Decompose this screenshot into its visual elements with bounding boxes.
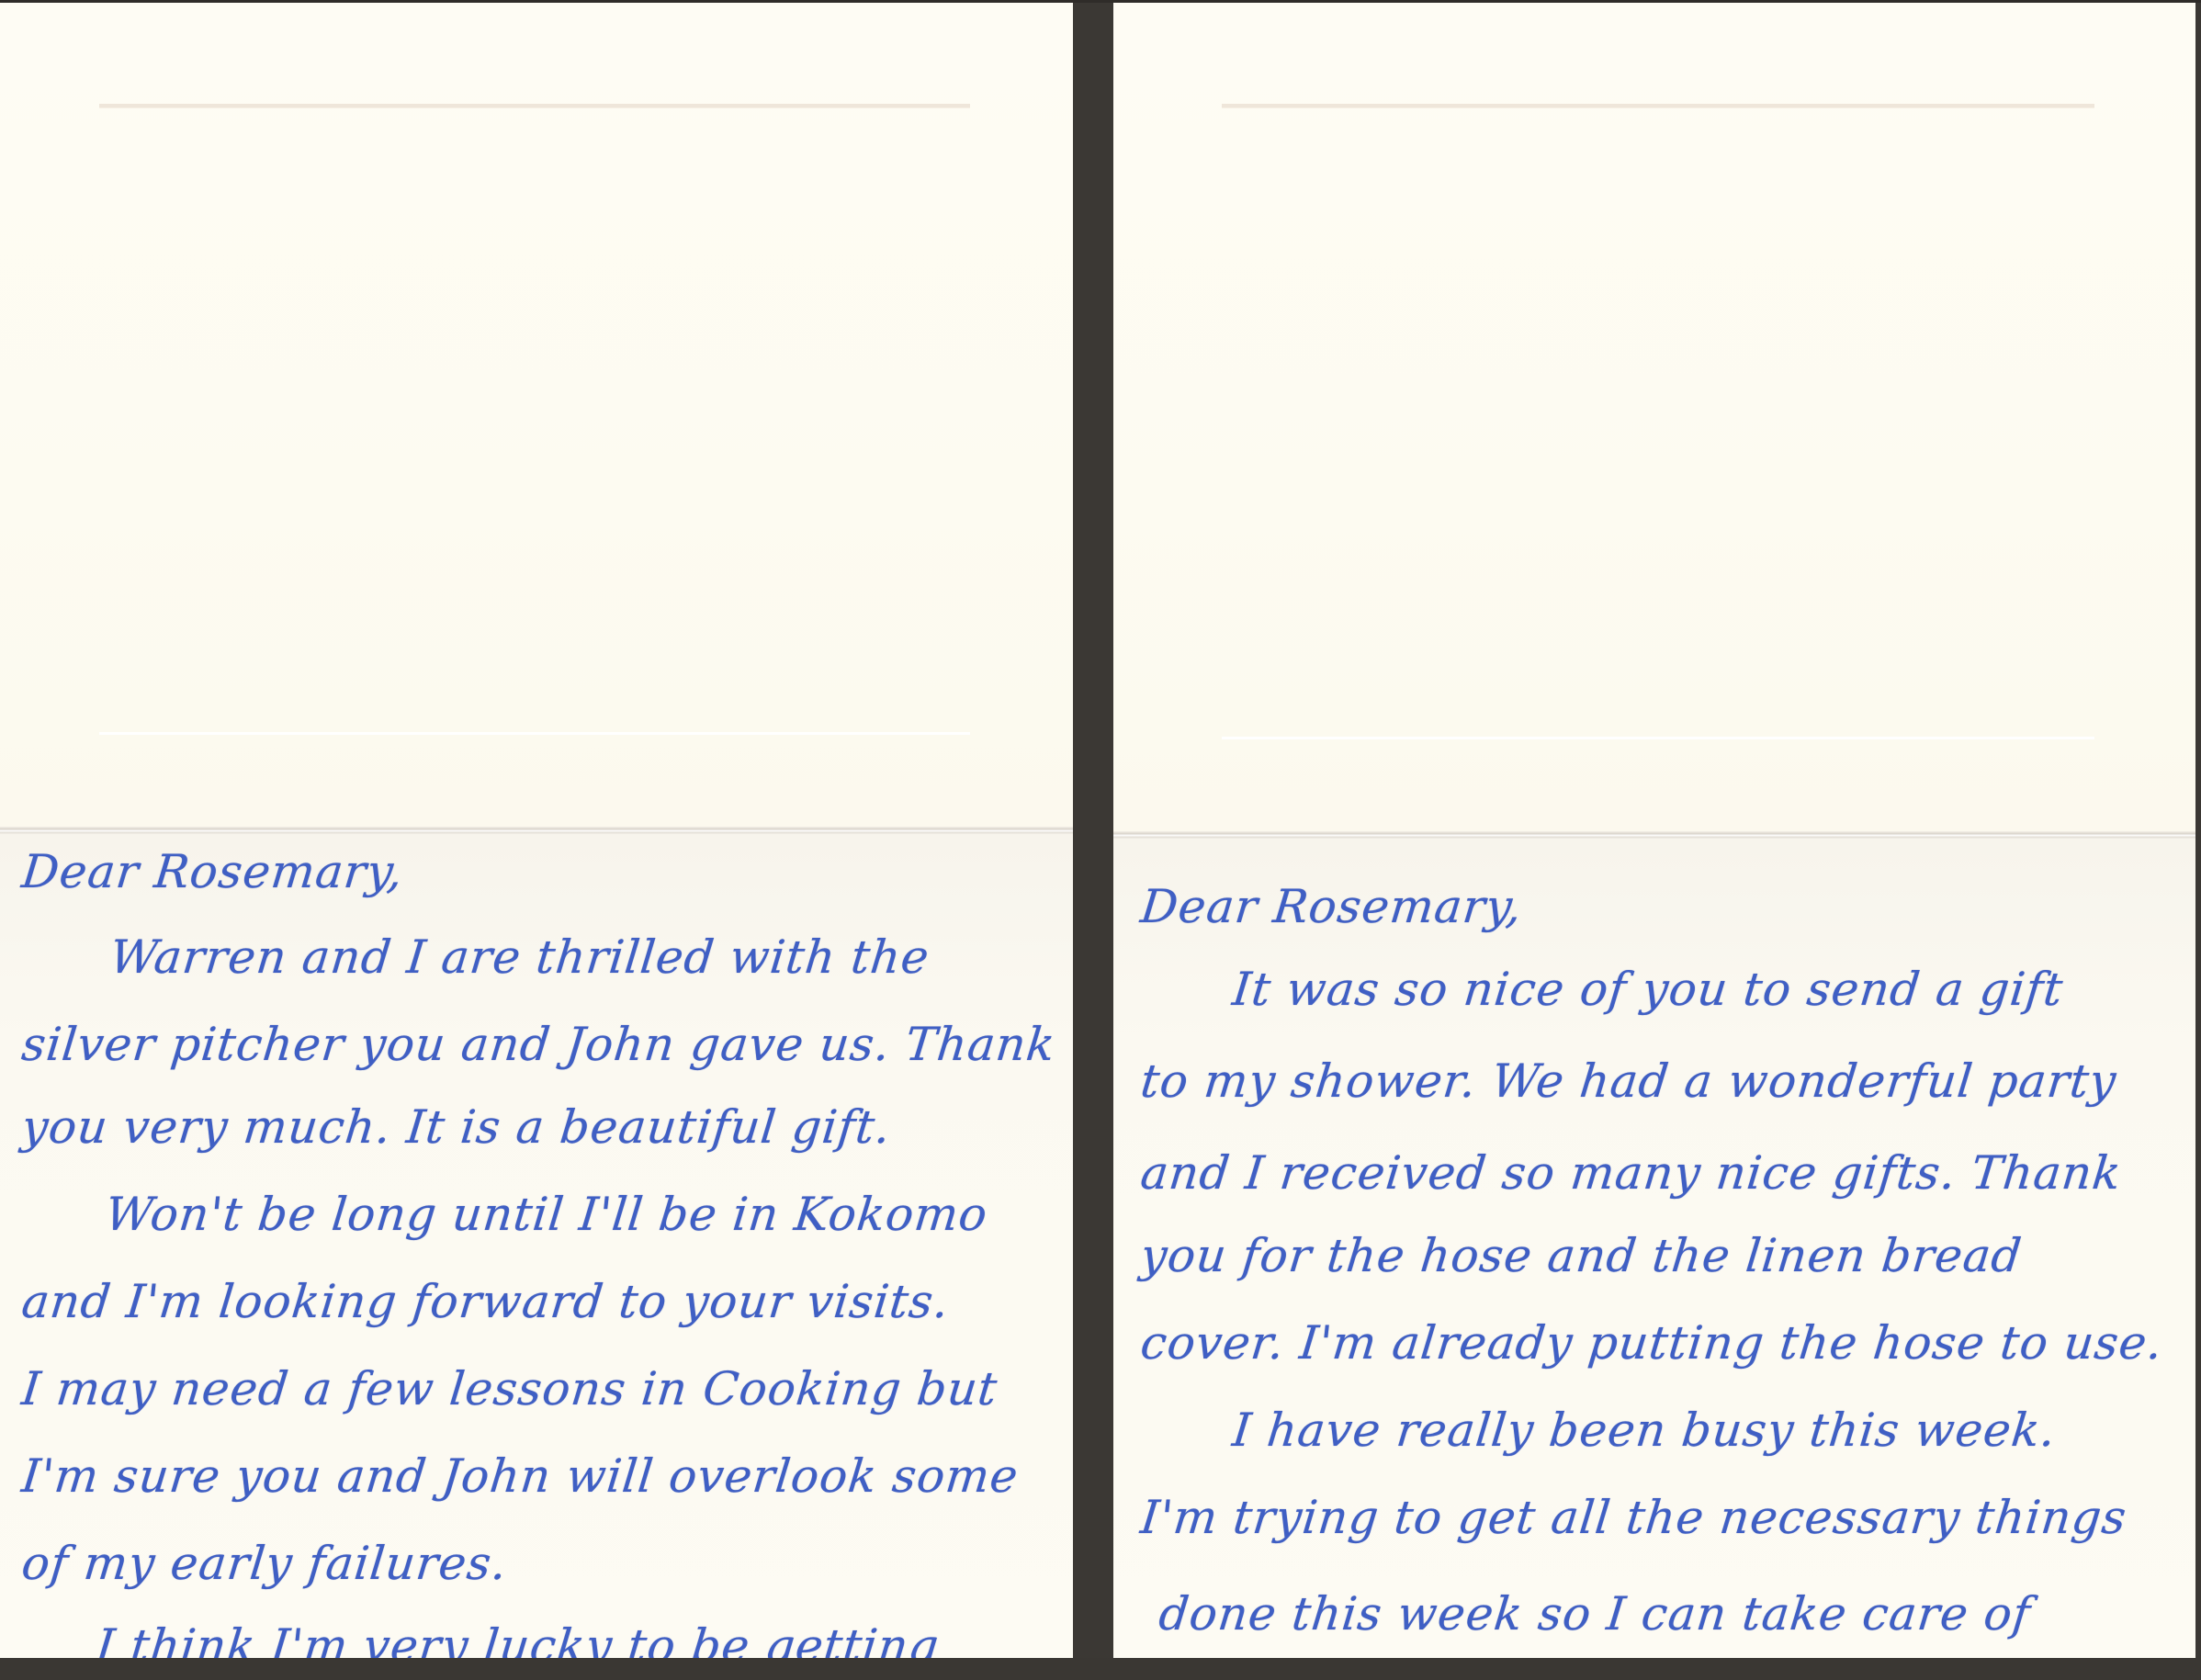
letter-line: Warren and I are thrilled with the (107, 930, 932, 984)
letter-line: I have really been busy this week. (1230, 1404, 2059, 1457)
card-inside-panel: Dear Rosemary, It was so nice of you to … (1113, 839, 2195, 1658)
thank-you-card-right: Dear Rosemary, It was so nice of you to … (1113, 3, 2195, 1658)
letter-line: Won't be long until I'll be in Kokomo (103, 1188, 990, 1241)
letter-line: and I received so many nice gifts. Thank (1138, 1146, 2124, 1200)
card-fold-line (1113, 831, 2195, 839)
embossed-frame (1222, 104, 2094, 739)
letter-salutation: Dear Rosemary, (19, 845, 406, 898)
letter-line: I may need a few lessons in Cooking but (19, 1362, 1000, 1415)
letter-line: you for the hose and the linen bread (1138, 1229, 2025, 1282)
letter-line: you very much. It is a beautiful gift. (19, 1100, 894, 1154)
handwritten-letter: Dear Rosemary, Warren and I are thrilled… (0, 834, 1073, 1658)
card-cover-panel (0, 3, 1073, 829)
letter-line: to my shower. We had a wonderful party (1138, 1054, 2119, 1108)
card-fold-line (0, 827, 1073, 834)
letter-line: silver pitcher you and John gave us. Tha… (19, 1018, 1058, 1071)
embossed-frame (99, 104, 970, 735)
letter-line: of my early failures. (19, 1537, 510, 1590)
card-cover-panel (1113, 3, 2195, 834)
scan-bottom-edge (0, 1658, 2201, 1680)
letter-line: I'm sure you and John will overlook some (19, 1449, 1021, 1503)
handwritten-letter: Dear Rosemary, It was so nice of you to … (1113, 839, 2195, 1658)
letter-line: I'm trying to get all the necessary thin… (1138, 1491, 2129, 1544)
letter-salutation: Dear Rosemary, (1138, 880, 1525, 933)
card-inside-panel: Dear Rosemary, Warren and I are thrilled… (0, 834, 1073, 1658)
letter-line: I think I'm very lucky to be getting (94, 1619, 942, 1658)
letter-line: and I'm looking forward to your visits. (19, 1275, 952, 1328)
letter-line: done this week so I can take care of (1157, 1587, 2034, 1641)
thank-you-card-left: Dear Rosemary, Warren and I are thrilled… (0, 3, 1073, 1658)
letter-line: It was so nice of you to send a gift (1230, 963, 2066, 1016)
letter-line: cover. I'm already putting the hose to u… (1138, 1316, 2165, 1370)
